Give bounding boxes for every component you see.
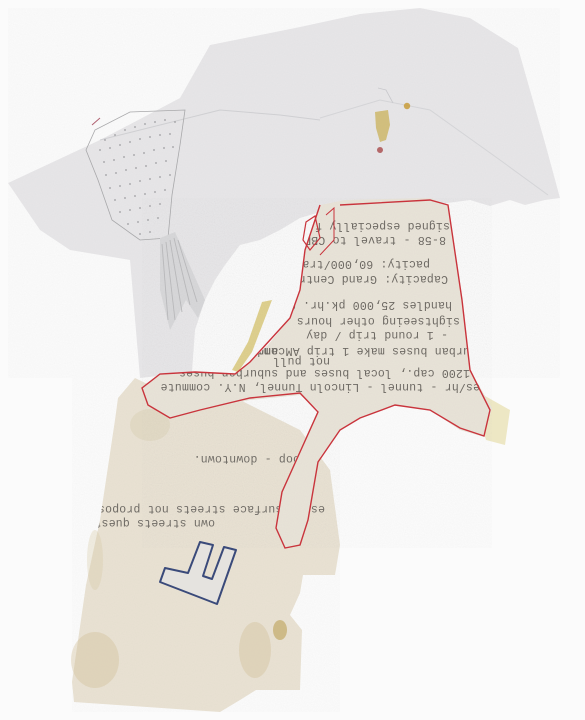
typed-line: own streets questioned. <box>52 516 215 529</box>
typed-line: - 1 round trip / day <box>306 328 448 341</box>
collage-artwork: own streets questioned. es on surface st… <box>0 0 585 720</box>
translucent-white-paper <box>8 8 560 378</box>
typed-line: not pull <box>273 354 330 367</box>
typed-line: oop - downtown. <box>193 452 300 465</box>
typed-line: es/hr - tunnel - Lincoln Tunnel, N.Y. co… <box>160 380 480 393</box>
typed-line: 8-58 - travel to CBD <box>304 233 446 246</box>
collage-svg: own streets questioned. es on surface st… <box>0 0 585 720</box>
typed-line: signed especially f <box>315 219 450 232</box>
typed-line: Capacity: Grand Central, Pe <box>256 272 448 285</box>
